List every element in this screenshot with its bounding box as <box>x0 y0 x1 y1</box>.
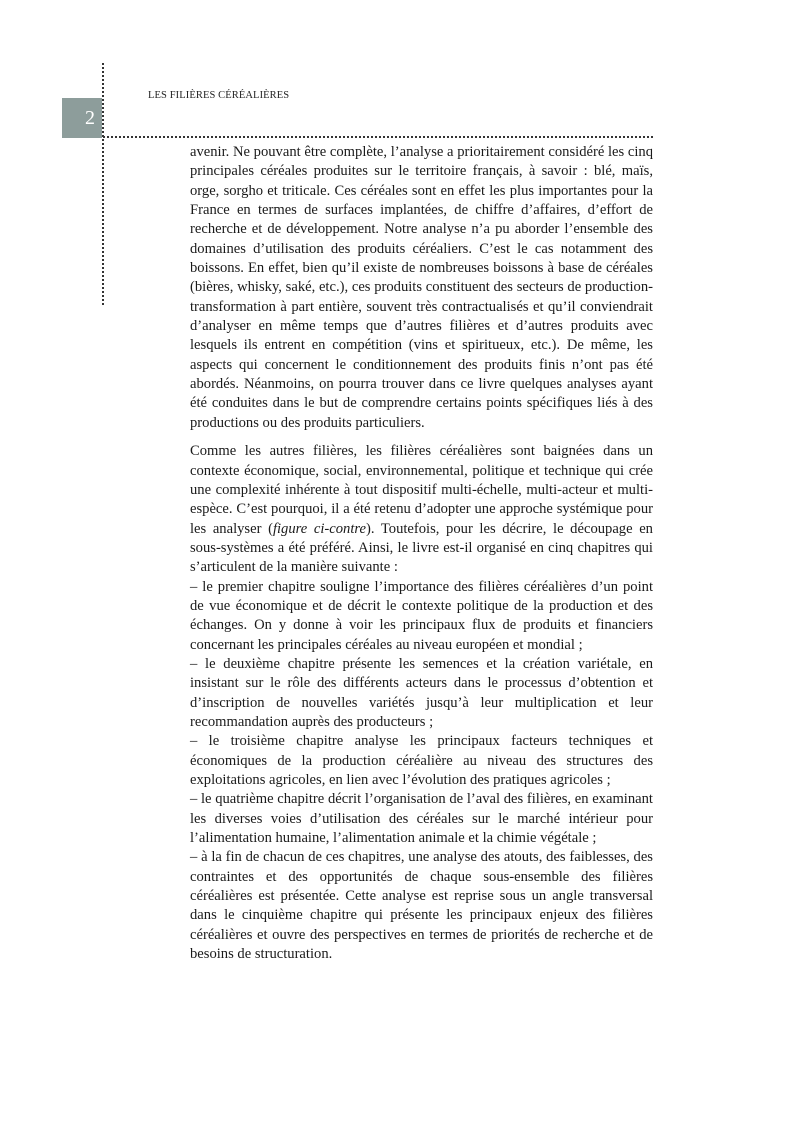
list-item-chapter-3: – le troisième chapitre analyse les prin… <box>190 732 653 790</box>
paragraph-2: Comme les autres filières, les filières … <box>190 442 653 577</box>
list-item-chapter-2: – le deuxième chapitre présente les seme… <box>190 655 653 732</box>
list-item-chapter-4: – le quatrième chapitre décrit l’organis… <box>190 790 653 848</box>
page-number-box: 2 <box>62 98 102 138</box>
running-title: LES FILIÈRES CÉRÉALIÈRES <box>148 90 289 101</box>
body-text: avenir. Ne pouvant être complète, l’anal… <box>190 143 653 964</box>
paragraph-1: avenir. Ne pouvant être complète, l’anal… <box>190 143 653 433</box>
figure-reference: figure ci-contre <box>273 521 366 537</box>
list-item-chapter-1: – le premier chapitre souligne l’importa… <box>190 578 653 655</box>
horizontal-dotted-rule <box>103 136 653 138</box>
vertical-dotted-rule <box>102 63 104 305</box>
list-item-chapter-5: – à la fin de chacun de ces chapitres, u… <box>190 848 653 964</box>
page-number: 2 <box>85 107 95 129</box>
